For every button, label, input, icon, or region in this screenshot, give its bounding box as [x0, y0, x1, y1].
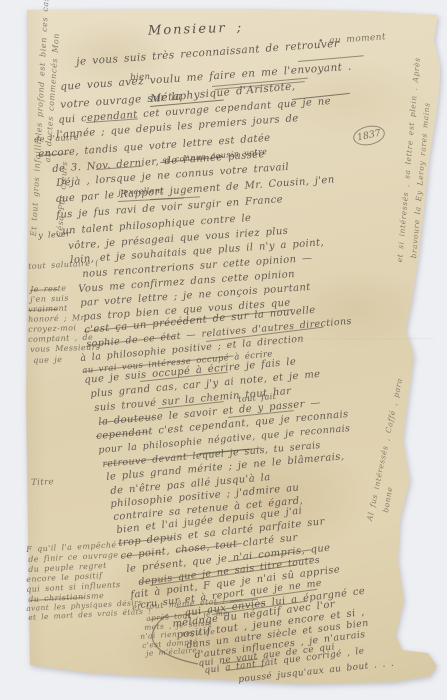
margin-note: Titre: [31, 478, 54, 487]
manuscript-line: je vous suis très reconnaissant de retro…: [76, 39, 340, 68]
margin-note: j'en suis: [30, 295, 69, 304]
margin-note: honoré ; Mr,: [28, 314, 87, 324]
margin-note: • au moment: [318, 33, 386, 47]
ink-layer: Monsieur ; 1837 je vous suis très reconn…: [0, 0, 447, 700]
vertical-margin-note: bonne: [382, 486, 394, 513]
margin-note: que je: [33, 356, 62, 365]
scanned-letter: Monsieur ; 1837 je vous suis très reconn…: [0, 0, 447, 700]
date-stamp-circled: 1837: [351, 123, 386, 148]
salutation: Monsieur ;: [148, 20, 244, 38]
